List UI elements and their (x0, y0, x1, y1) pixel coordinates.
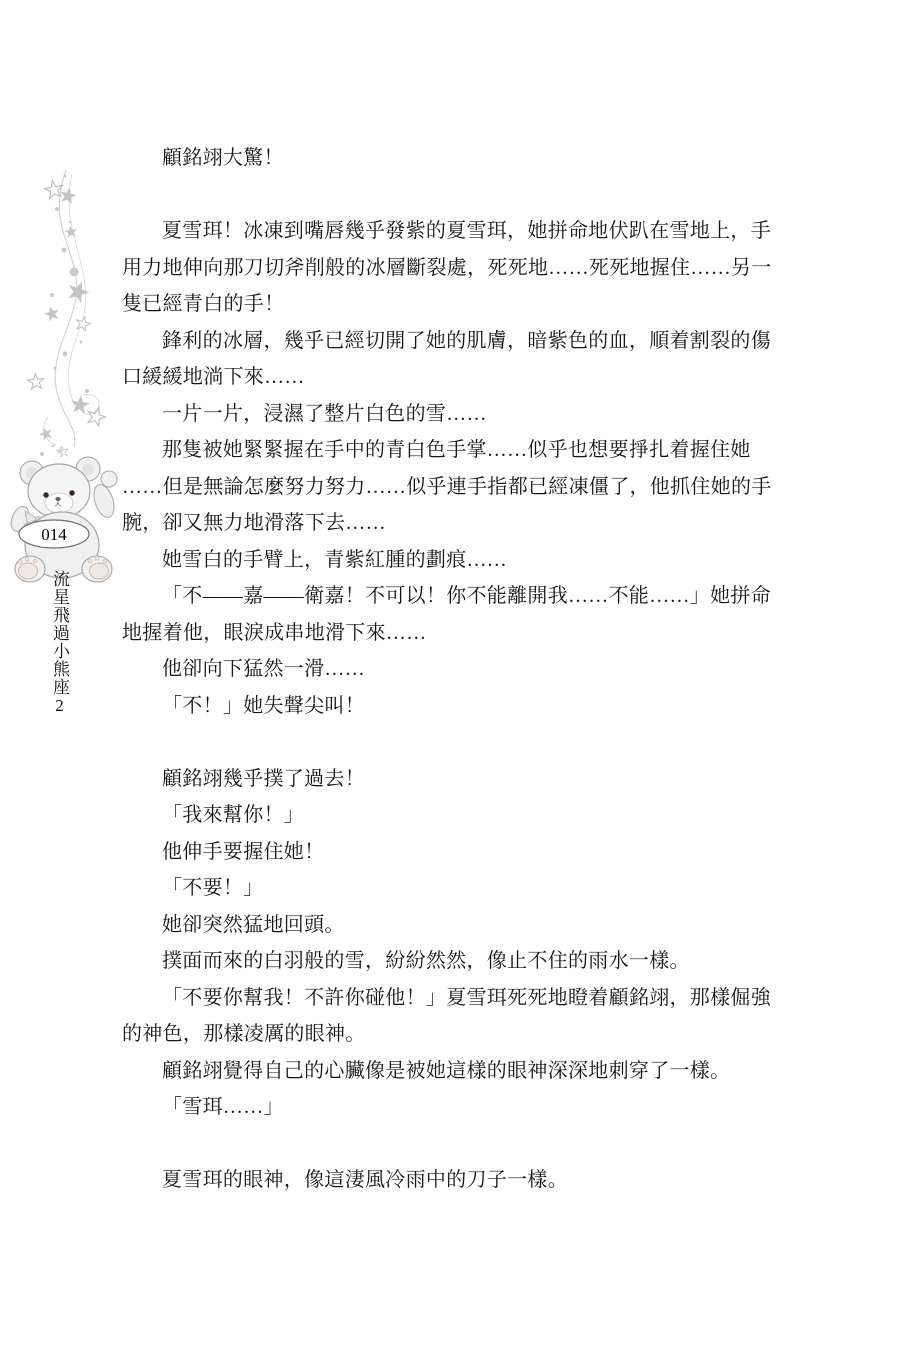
teddy-bear-icon: 014 (8, 443, 123, 591)
text-line: 口緩緩地淌下來…… (122, 359, 794, 396)
text-line: ……但是無論怎麼努力努力……似乎連手指都已經凍僵了，他抓住她的手 (122, 469, 794, 506)
text-line: 「雪珥……」 (122, 1089, 794, 1126)
text-line: 「不要！」 (122, 870, 794, 907)
text-line: 顧銘翊大驚！ (122, 140, 794, 177)
text-line: 「不要你幫我！不許你碰他！」夏雪珥死死地瞪着顧銘翊，那樣倔強 (122, 980, 794, 1017)
text-line: 一片一片，浸濕了整片白色的雪…… (122, 396, 794, 433)
text-line: 他伸手要握住她！ (122, 834, 794, 871)
line-gap (122, 724, 794, 761)
text-line: 顧銘翊覺得自己的心臟像是被她這樣的眼神深深地刺穿了一樣。 (122, 1053, 794, 1090)
text-line: 那隻被她緊緊握在手中的青白色手掌……似乎也想要掙扎着握住她 (122, 432, 794, 469)
book-page: 014 流星飛過小熊座2 顧銘翊大驚！夏雪珥！冰凍到嘴唇幾乎發紫的夏雪珥，她拼命… (0, 0, 898, 1353)
text-line: 她雪白的手臂上，青紫紅腫的劃痕…… (122, 542, 794, 579)
text-line: 「不！」她失聲尖叫！ (122, 688, 794, 725)
text-line: 的神色，那樣凌厲的眼神。 (122, 1016, 794, 1053)
text-line: 地握着他，眼淚成串地滑下來…… (122, 615, 794, 652)
page-number-badge: 014 (19, 520, 89, 548)
text-line: 她卻突然猛地回頭。 (122, 907, 794, 944)
star-swirl-icon (8, 162, 120, 462)
text-line: 顧銘翊幾乎撲了過去！ (122, 761, 794, 798)
text-line: 撲面而來的白羽般的雪，紛紛然然，像止不住的雨水一樣。 (122, 943, 794, 980)
text-line: 隻已經青白的手！ (122, 286, 794, 323)
text-line: 夏雪珥的眼神，像這淒風冷雨中的刀子一樣。 (122, 1162, 794, 1199)
text-line: 「不——嘉——衛嘉！不可以！你不能離開我……不能……」她拼命 (122, 578, 794, 615)
body-text: 顧銘翊大驚！夏雪珥！冰凍到嘴唇幾乎發紫的夏雪珥，她拼命地伏趴在雪地上，手用力地伸… (122, 140, 794, 1199)
text-line: 他卻向下猛然一滑…… (122, 651, 794, 688)
page-number: 014 (41, 525, 67, 544)
line-gap (122, 177, 794, 214)
text-line: 腕，卻又無力地滑落下去…… (122, 505, 794, 542)
text-line: 夏雪珥！冰凍到嘴唇幾乎發紫的夏雪珥，她拼命地伏趴在雪地上，手 (122, 213, 794, 250)
text-line: 鋒利的冰層，幾乎已經切開了她的肌膚，暗紫色的血，順着割裂的傷 (122, 323, 794, 360)
text-line: 「我來幫你！」 (122, 797, 794, 834)
line-gap (122, 1126, 794, 1163)
book-title-vertical: 流星飛過小熊座2 (47, 570, 72, 730)
text-line: 用力地伸向那刀切斧削般的冰層斷裂處，死死地……死死地握住……另一 (122, 250, 794, 287)
